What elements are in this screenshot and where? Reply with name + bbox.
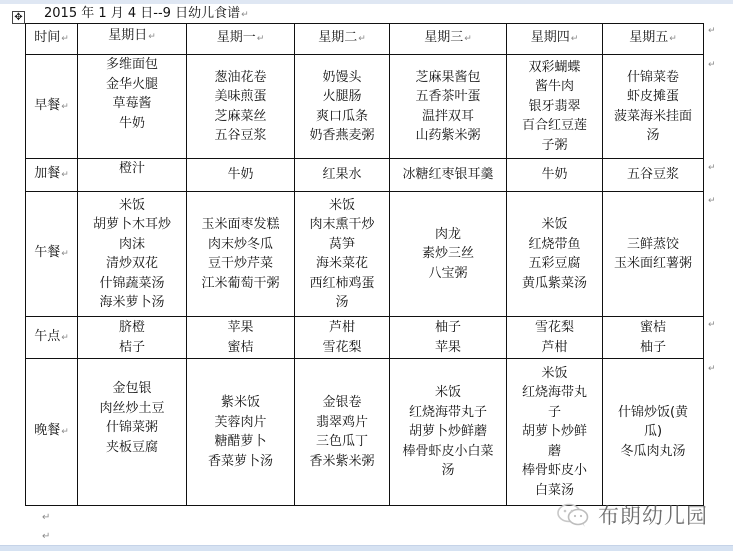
menu-item: 爽口瓜条: [295, 107, 389, 127]
menu-item: 芙蓉肉片: [187, 413, 294, 433]
menu-item: 夹板豆腐: [78, 438, 186, 458]
menu-cell-friday: 什锦菜卷虾皮摊蛋菠菜海米挂面汤: [603, 55, 704, 159]
menu-item: 虾皮摊蛋: [603, 87, 703, 107]
menu-item: 什锦蔬菜汤: [78, 274, 186, 294]
menu-item: 柚子: [603, 338, 703, 358]
cell-mark-icon: ↵: [61, 102, 69, 112]
menu-item: 奶馒头: [295, 68, 389, 88]
menu-item: 草莓酱: [78, 94, 186, 114]
menu-item: 五谷豆浆: [603, 165, 703, 185]
table-move-handle-icon[interactable]: ✥: [12, 11, 25, 24]
menu-item: 百合红豆莲: [507, 116, 602, 136]
menu-item: 芦柑: [295, 318, 389, 338]
menu-item: 脐橙: [78, 318, 186, 338]
menu-cell-tuesday: 红果水: [295, 159, 390, 192]
menu-item: 五彩豆腐: [507, 254, 602, 274]
menu-item: 芦柑: [507, 338, 602, 358]
menu-item: 雪花梨: [295, 338, 389, 358]
row-end-mark-icon: ↵: [708, 60, 716, 70]
menu-item: 芝麻果酱包: [390, 68, 506, 88]
menu-item: 柚子: [390, 318, 506, 338]
menu-cell-friday: 五谷豆浆: [603, 159, 704, 192]
menu-item: 红烧海带丸子: [390, 403, 506, 423]
paragraph-mark-icon: ↵: [42, 531, 50, 542]
menu-item: 米饭: [507, 215, 602, 235]
cell-mark-icon: ↵: [61, 427, 69, 437]
menu-item: 蜜桔: [187, 338, 294, 358]
menu-item: 豆干炒芹菜: [187, 254, 294, 274]
menu-item: 玉米面红薯粥: [603, 254, 703, 274]
meal-label-cell: 早餐↵: [26, 55, 78, 159]
menu-item: 三鲜蒸饺: [603, 235, 703, 255]
menu-cell-friday: 三鲜蒸饺玉米面红薯粥: [603, 192, 704, 317]
menu-item: 海米菜花: [295, 254, 389, 274]
row-end-mark-icon: ↵: [708, 320, 716, 330]
menu-cell-tuesday: 奶馒头火腿肠爽口瓜条奶香燕麦粥: [295, 55, 390, 159]
meal-label-cell: 晚餐↵: [26, 359, 78, 506]
menu-item: 子: [507, 403, 602, 423]
menu-item: 银牙翡翠: [507, 97, 602, 117]
menu-cell-tuesday: 金银卷翡翠鸡片三色瓜丁香米紫米粥: [295, 359, 390, 506]
document-title-text: 2015 年 1 月 4 日--9 日幼儿食谱: [44, 6, 240, 21]
menu-item: 芝麻菜丝: [187, 107, 294, 127]
menu-item: 肉丝炒土豆: [78, 399, 186, 419]
menu-item: 美味煎蛋: [187, 87, 294, 107]
table-row-breakfast: 早餐↵多维面包金华火腿草莓酱牛奶葱油花卷美味煎蛋芝麻菜丝五谷豆浆奶馒头火腿肠爽口…: [26, 55, 704, 159]
meal-label: 午点: [34, 329, 60, 344]
menu-item: 什锦菜卷: [603, 68, 703, 88]
menu-item: 莴笋: [295, 235, 389, 255]
cell-mark-icon: ↵: [61, 249, 69, 259]
meal-label: 午餐: [34, 245, 60, 260]
table-row-lunch: 午餐↵米饭胡萝卜木耳炒肉沫清炒双花什锦蔬菜汤海米萝卜汤玉米面枣发糕肉末炒冬瓜豆干…: [26, 192, 704, 317]
meal-label-cell: 午餐↵: [26, 192, 78, 317]
menu-cell-monday: 葱油花卷美味煎蛋芝麻菜丝五谷豆浆: [187, 55, 295, 159]
menu-item: 金华火腿: [78, 75, 186, 95]
meal-label-cell: 加餐↵: [26, 159, 78, 192]
meal-label-cell: 午点↵: [26, 317, 78, 359]
menu-item: 汤: [390, 461, 506, 481]
menu-cell-sunday: 橙汁: [78, 159, 187, 192]
header-row: 时间↵ 星期日↵ 星期一↵ 星期二↵ 星期三↵ 星期四↵ 星期五↵: [26, 24, 704, 55]
bottom-strip: [0, 545, 733, 551]
table-row-dinner: 晚餐↵金包银肉丝炒土豆什锦菜粥夹板豆腐紫米饭芙蓉肉片糖醋萝卜香菜萝卜汤金银卷翡翠…: [26, 359, 704, 506]
menu-item: 西红柿鸡蛋: [295, 274, 389, 294]
table-row-snack: 加餐↵橙汁牛奶红果水冰糖红枣银耳羹牛奶五谷豆浆: [26, 159, 704, 192]
menu-item: 红烧海带丸: [507, 383, 602, 403]
menu-item: 汤: [295, 293, 389, 313]
menu-cell-thursday: 牛奶: [507, 159, 603, 192]
menu-cell-monday: 牛奶: [187, 159, 295, 192]
menu-item: 翡翠鸡片: [295, 413, 389, 433]
menu-item: 双彩蝴蝶: [507, 58, 602, 78]
menu-item: 棒骨虾皮小: [507, 461, 602, 481]
menu-item: 胡萝卜木耳炒: [78, 215, 186, 235]
header-cell-wednesday: 星期三↵: [390, 24, 507, 55]
menu-item: 棒骨虾皮小白菜: [390, 442, 506, 462]
paragraph-mark-icon: ↵: [241, 10, 249, 20]
menu-item: 红果水: [295, 165, 389, 185]
menu-item: 香米紫米粥: [295, 452, 389, 472]
menu-item: 肉末熏干炒: [295, 215, 389, 235]
menu-cell-monday: 玉米面枣发糕肉末炒冬瓜豆干炒芹菜江米葡萄干粥: [187, 192, 295, 317]
menu-cell-monday: 苹果蜜桔: [187, 317, 295, 359]
menu-cell-sunday: 多维面包金华火腿草莓酱牛奶: [78, 55, 187, 159]
menu-item: 江米葡萄干粥: [187, 274, 294, 294]
menu-item: 清炒双花: [78, 254, 186, 274]
menu-item: 玉米面枣发糕: [187, 215, 294, 235]
header-cell-time: 时间↵: [26, 24, 78, 55]
menu-cell-monday: 紫米饭芙蓉肉片糖醋萝卜香菜萝卜汤: [187, 359, 295, 506]
menu-item: 牛奶: [78, 114, 186, 134]
menu-item: 葱油花卷: [187, 68, 294, 88]
menu-item: 白菜汤: [507, 481, 602, 501]
menu-item: 冬瓜肉丸汤: [603, 442, 703, 462]
header-cell-friday: 星期五↵: [603, 24, 704, 55]
menu-item: 八宝粥: [390, 264, 506, 284]
menu-item: 什锦菜粥: [78, 418, 186, 438]
paragraph-mark-icon: ↵: [42, 512, 50, 523]
menu-item: 胡萝卜炒鲜蘑: [390, 422, 506, 442]
menu-item: 冰糖红枣银耳羹: [390, 165, 506, 185]
menu-cell-friday: 蜜桔柚子: [603, 317, 704, 359]
menu-item: 多维面包: [78, 55, 186, 75]
row-end-mark-icon: ↵: [708, 26, 716, 36]
watermark: 布朗幼儿园: [556, 500, 708, 530]
wechat-icon: [556, 502, 592, 528]
menu-item: 素炒三丝: [390, 244, 506, 264]
header-cell-monday: 星期一↵: [187, 24, 295, 55]
watermark-text: 布朗幼儿园: [598, 500, 708, 530]
menu-cell-wednesday: 米饭红烧海带丸子胡萝卜炒鲜蘑棒骨虾皮小白菜汤: [390, 359, 507, 506]
menu-item: 金包银: [78, 379, 186, 399]
menu-cell-sunday: 脐橙桔子: [78, 317, 187, 359]
top-strip: [0, 0, 733, 4]
menu-item: 牛奶: [187, 165, 294, 185]
menu-item: 牛奶: [507, 165, 602, 185]
header-cell-thursday: 星期四↵: [507, 24, 603, 55]
header-cell-tuesday: 星期二↵: [295, 24, 390, 55]
menu-cell-tuesday: 芦柑雪花梨: [295, 317, 390, 359]
menu-item: 橙汁: [78, 159, 186, 179]
cell-mark-icon: ↵: [61, 333, 69, 343]
menu-item: 山药紫米粥: [390, 126, 506, 146]
menu-item: 苹果: [390, 338, 506, 358]
menu-cell-wednesday: 冰糖红枣银耳羹: [390, 159, 507, 192]
menu-item: 糖醋萝卜: [187, 432, 294, 452]
menu-cell-thursday: 雪花梨芦柑: [507, 317, 603, 359]
meal-label: 早餐: [34, 98, 60, 113]
menu-cell-sunday: 米饭胡萝卜木耳炒肉沫清炒双花什锦蔬菜汤海米萝卜汤: [78, 192, 187, 317]
menu-item: 瓜): [603, 422, 703, 442]
menu-item: 雪花梨: [507, 318, 602, 338]
row-end-mark-icon: ↵: [708, 364, 716, 374]
menu-item: 米饭: [78, 196, 186, 216]
menu-item: 桔子: [78, 338, 186, 358]
header-cell-sunday: 星期日↵: [78, 24, 187, 55]
menu-item: 肉龙: [390, 225, 506, 245]
menu-item: 汤: [603, 126, 703, 146]
menu-item: 金银卷: [295, 393, 389, 413]
cell-mark-icon: ↵: [61, 170, 69, 180]
cell-mark-icon: ↵: [61, 34, 69, 44]
menu-cell-thursday: 米饭红烧海带丸子胡萝卜炒鲜蘑棒骨虾皮小白菜汤: [507, 359, 603, 506]
menu-item: 什锦炒饭(黄: [603, 403, 703, 423]
menu-item: 温拌双耳: [390, 107, 506, 127]
menu-item: 紫米饭: [187, 393, 294, 413]
menu-item: 胡萝卜炒鲜: [507, 422, 602, 442]
menu-item: 肉沫: [78, 235, 186, 255]
menu-cell-thursday: 米饭红烧带鱼五彩豆腐黄瓜紫菜汤: [507, 192, 603, 317]
menu-item: 菠菜海米挂面: [603, 107, 703, 127]
menu-item: 五谷豆浆: [187, 126, 294, 146]
menu-item: 三色瓜丁: [295, 432, 389, 452]
menu-cell-friday: 什锦炒饭(黄瓜)冬瓜肉丸汤: [603, 359, 704, 506]
menu-item: 五香茶叶蛋: [390, 87, 506, 107]
menu-table: 时间↵ 星期日↵ 星期一↵ 星期二↵ 星期三↵ 星期四↵ 星期五↵ 早餐↵多维面…: [25, 23, 704, 506]
meal-label: 加餐: [34, 166, 60, 181]
document-title: 2015 年 1 月 4 日--9 日幼儿食谱↵: [44, 5, 249, 23]
menu-item: 黄瓜紫菜汤: [507, 274, 602, 294]
menu-item: 奶香燕麦粥: [295, 126, 389, 146]
menu-cell-wednesday: 柚子苹果: [390, 317, 507, 359]
menu-cell-wednesday: 肉龙素炒三丝八宝粥: [390, 192, 507, 317]
menu-item: 酱牛肉: [507, 77, 602, 97]
menu-item: 米饭: [507, 364, 602, 384]
menu-item: 火腿肠: [295, 87, 389, 107]
menu-cell-thursday: 双彩蝴蝶酱牛肉银牙翡翠百合红豆莲子粥: [507, 55, 603, 159]
menu-item: 肉末炒冬瓜: [187, 235, 294, 255]
menu-item: 子粥: [507, 136, 602, 156]
menu-item: 红烧带鱼: [507, 235, 602, 255]
menu-cell-wednesday: 芝麻果酱包五香茶叶蛋温拌双耳山药紫米粥: [390, 55, 507, 159]
menu-item: 米饭: [295, 196, 389, 216]
menu-item: 海米萝卜汤: [78, 293, 186, 313]
menu-item: 蜜桔: [603, 318, 703, 338]
meal-label: 晚餐: [34, 423, 60, 438]
row-end-mark-icon: ↵: [708, 196, 716, 206]
menu-cell-tuesday: 米饭肉末熏干炒莴笋海米菜花西红柿鸡蛋汤: [295, 192, 390, 317]
menu-cell-sunday: 金包银肉丝炒土豆什锦菜粥夹板豆腐: [78, 359, 187, 506]
table-row-afternoon-snack: 午点↵脐橙桔子苹果蜜桔芦柑雪花梨柚子苹果雪花梨芦柑蜜桔柚子: [26, 317, 704, 359]
row-end-mark-icon: ↵: [708, 163, 716, 173]
menu-item: 苹果: [187, 318, 294, 338]
menu-item: 蘑: [507, 442, 602, 462]
menu-item: 香菜萝卜汤: [187, 452, 294, 472]
menu-item: 米饭: [390, 383, 506, 403]
